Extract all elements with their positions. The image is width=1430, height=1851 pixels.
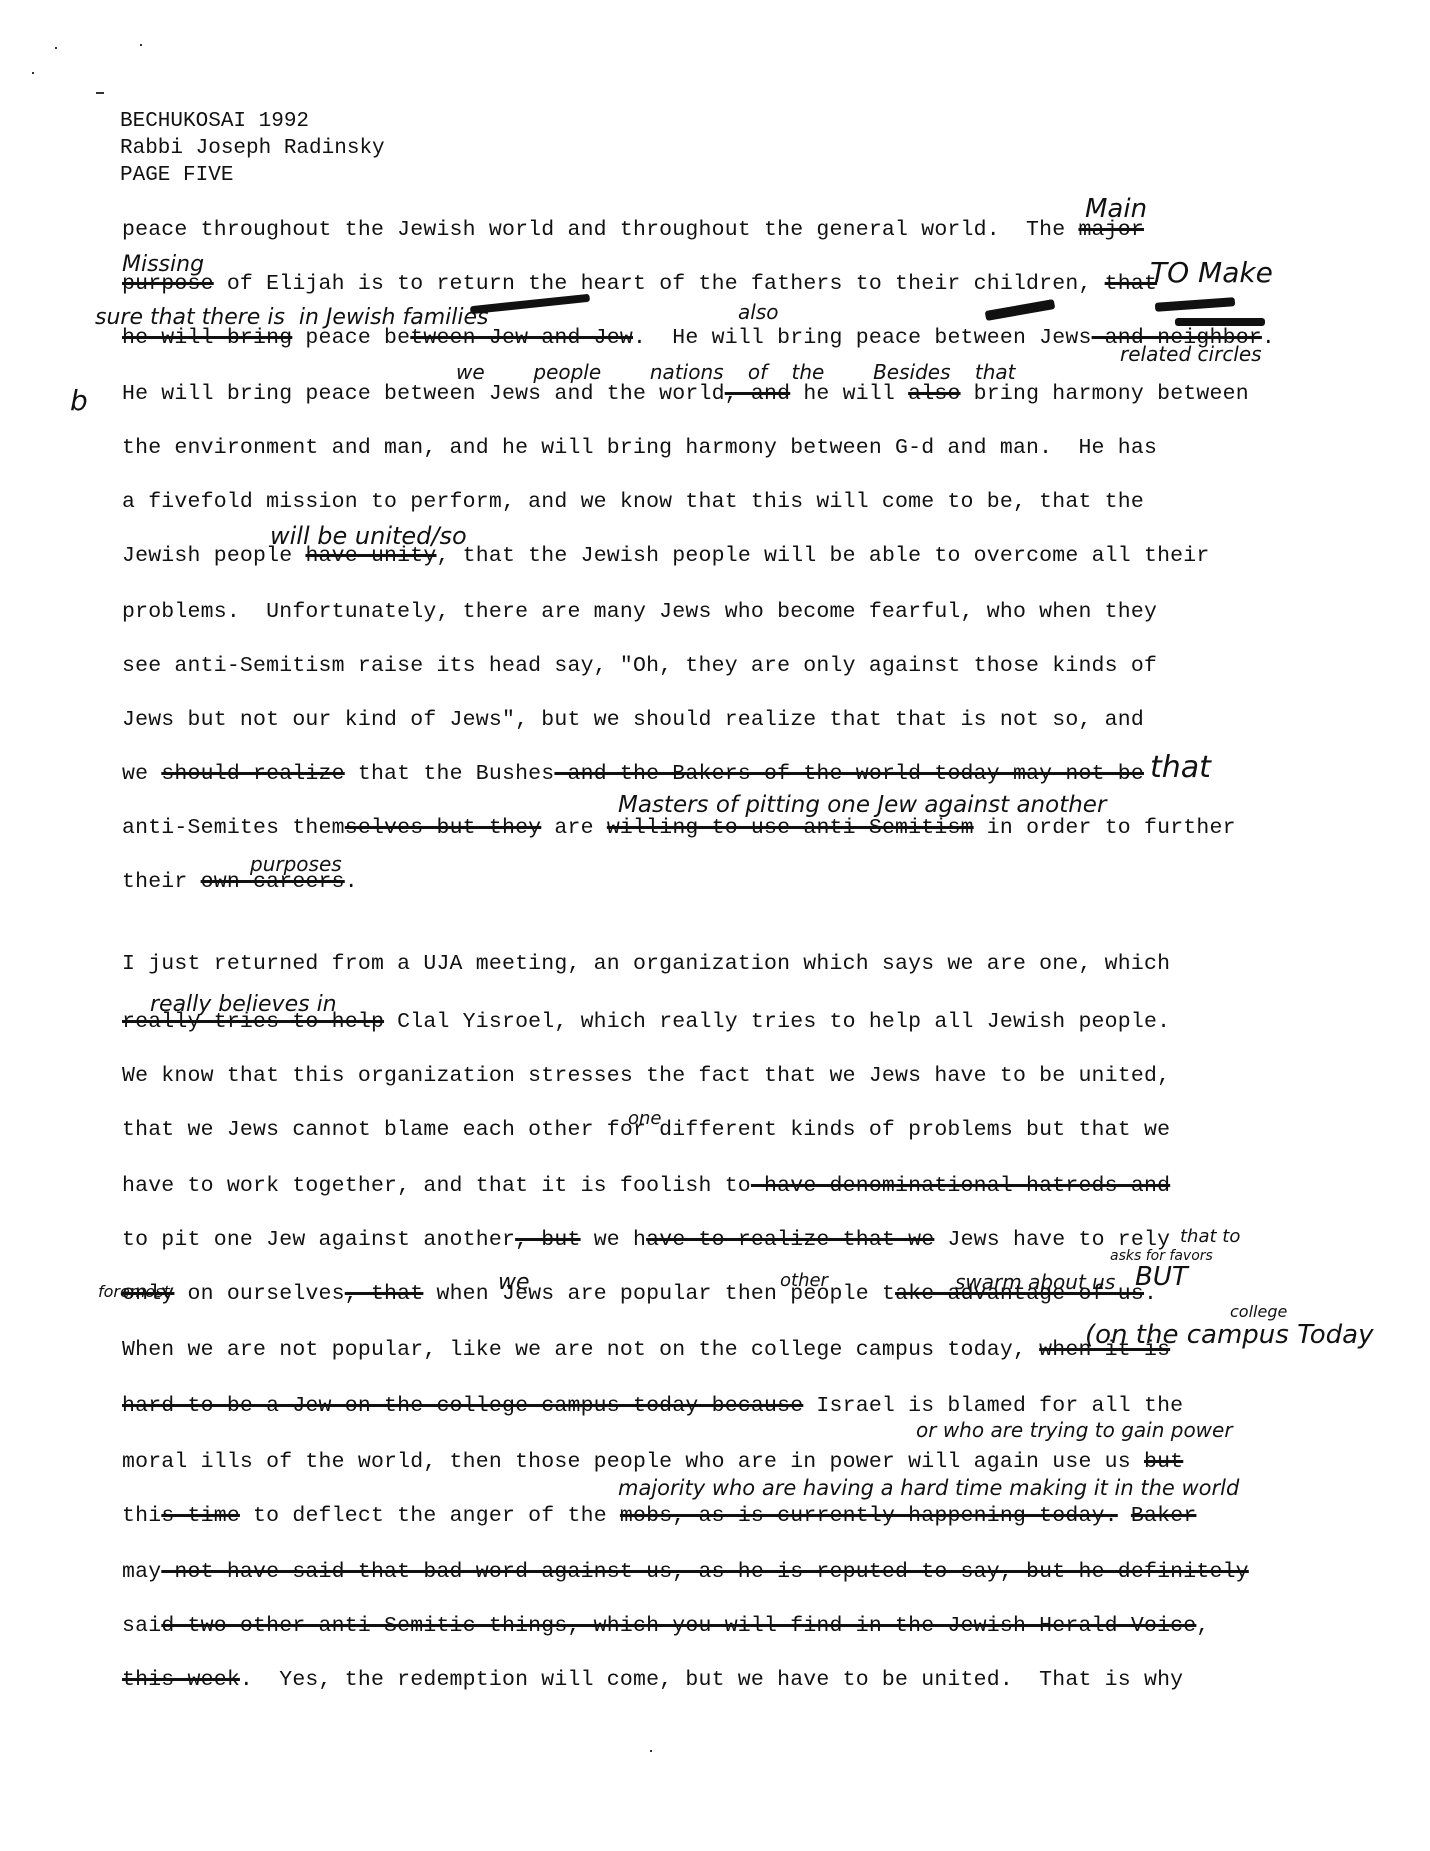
typed-line: peace throughout the Jewish world and th… [122, 218, 1144, 242]
typed-line: the environment and man, and he will bri… [122, 436, 1157, 460]
ink-scribble [1155, 297, 1235, 312]
line-text: He will bring peace between Jews and the… [122, 382, 725, 406]
annotation-or-who: or who are trying to gain power [916, 1418, 1233, 1442]
line-text: of Elijah is to return the heart of the … [214, 272, 1105, 296]
annotation-really-believes: really believes in [150, 992, 337, 1017]
line-text: . He will bring peace between Jews [633, 326, 1092, 350]
document-header: BECHUKOSAI 1992 Rabbi Joseph Radinsky PA… [120, 108, 385, 189]
line-text: he will [790, 382, 908, 406]
struck-text: , that [345, 1282, 424, 1306]
annotation-masters: Masters of pitting one Jew against anoth… [618, 792, 1106, 818]
annotation-will-be-united: will be united/so [270, 522, 467, 550]
line-text: . [345, 870, 358, 894]
line-text: , [1196, 1614, 1209, 1638]
line-text: I just returned from a UJA meeting, an o… [122, 952, 1170, 976]
line-text: Israel is blamed for all the [803, 1394, 1183, 1418]
typed-line: purpose of Elijah is to return the heart… [122, 272, 1157, 296]
ink-scribble [470, 294, 590, 314]
struck-text: have denominational hatreds and [751, 1174, 1170, 1198]
line-text: we [122, 762, 161, 786]
struck-text: but [1144, 1450, 1183, 1474]
line-text: see anti-Semitism raise its head say, "O… [122, 654, 1157, 678]
line-text: peace throughout the Jewish world and th… [122, 218, 1078, 242]
annotation-main: Main [1085, 194, 1147, 224]
line-text: problems. Unfortunately, there are many … [122, 600, 1157, 624]
line-text: to deflect the anger of the [240, 1504, 620, 1528]
annotation-foremost: foremost [98, 1282, 170, 1301]
typed-line: we should realize that the Bushes and th… [122, 762, 1144, 786]
line-text: . Yes, the redemption will come, but we … [240, 1668, 1183, 1692]
line-text: have to work together, and that it is fo… [122, 1174, 751, 1198]
typed-line: We know that this organization stresses … [122, 1064, 1170, 1088]
struck-text: ave to realize that we [646, 1228, 934, 1252]
line-text: to pit one Jew against another [122, 1228, 515, 1252]
typed-line: to pit one Jew against another, but we h… [122, 1228, 1170, 1252]
line-text: the environment and man, and he will bri… [122, 436, 1157, 460]
struck-text: should realize [161, 762, 344, 786]
annotation-college: college [1230, 1302, 1287, 1321]
annotation-margin-b: b [70, 384, 88, 417]
struck-text: this week [122, 1668, 240, 1692]
annotation-that: that [1150, 750, 1211, 785]
typed-line: problems. Unfortunately, there are many … [122, 600, 1157, 624]
annotation-one: one [628, 1108, 662, 1129]
typed-line: He will bring peace between Jews and the… [122, 382, 1249, 406]
line-text: on ourselves [174, 1282, 344, 1306]
ink-scribble [1175, 318, 1265, 326]
typed-line: this week. Yes, the redemption will come… [122, 1668, 1183, 1692]
scan-speck [650, 1750, 652, 1752]
line-text: moral ills of the world, then those peop… [122, 1450, 1144, 1474]
struck-text: also [908, 382, 960, 406]
annotation-other: other [780, 1270, 828, 1291]
typed-line: moral ills of the world, then those peop… [122, 1450, 1183, 1474]
document-author: Rabbi Joseph Radinsky [120, 135, 385, 162]
annotation-purposes: purposes [250, 852, 342, 876]
scan-speck [32, 72, 34, 74]
typed-line: a fivefold mission to perform, and we kn… [122, 490, 1144, 514]
line-text: their [122, 870, 201, 894]
line-text: anti-Semites them [122, 816, 345, 840]
line-text: sai [122, 1614, 161, 1638]
struck-text: hard to be a Jew on the college campus t… [122, 1394, 803, 1418]
struck-text: Baker [1131, 1504, 1197, 1528]
line-text: a fivefold mission to perform, and we kn… [122, 490, 1144, 514]
line-text: bring harmony between [961, 382, 1249, 406]
struck-text: d two other anti-Semitic things, which y… [161, 1614, 1196, 1638]
typed-line: see anti-Semitism raise its head say, "O… [122, 654, 1157, 678]
struck-text: mobs, as is currently happening today. [620, 1504, 1118, 1528]
page-label: PAGE FIVE [120, 162, 385, 189]
document-title: BECHUKOSAI 1992 [120, 108, 385, 135]
struck-text: , but [515, 1228, 581, 1252]
line-text: that the Bushes [345, 762, 555, 786]
scan-speck [55, 47, 57, 49]
ink-scribble [985, 299, 1056, 321]
annotation-also: also [738, 300, 778, 324]
typed-line: When we are not popular, like we are not… [122, 1338, 1170, 1362]
line-text [1118, 1504, 1131, 1528]
annotation-swarm: swarm about us [955, 1270, 1115, 1294]
typed-line: Jews but not our kind of Jews", but we s… [122, 708, 1144, 732]
line-text: may [122, 1560, 161, 1584]
annotation-on-campus: (on the campus Today [1085, 1320, 1373, 1350]
struck-text: willing to use anti-Semitism [607, 816, 974, 840]
line-text: are [541, 816, 607, 840]
annotation-missing: Missing [122, 252, 204, 277]
line-text: When we are not popular, like we are not… [122, 1338, 1039, 1362]
scan-speck [96, 92, 104, 94]
typed-line: this time to deflect the anger of the mo… [122, 1504, 1196, 1528]
struck-text: selves but they [345, 816, 542, 840]
annotation-majority: majority who are having a hard time maki… [618, 1476, 1239, 1500]
annotation-we-people: we people nations of the Besides that [456, 360, 1015, 384]
annotation-but: BUT [1135, 1262, 1188, 1292]
typed-line: have to work together, and that it is fo… [122, 1174, 1170, 1198]
line-text: , that the Jewish people will be able to… [436, 544, 1209, 568]
line-text: We know that this organization stresses … [122, 1064, 1170, 1088]
annotation-that-to: that to [1180, 1226, 1240, 1247]
line-text: we h [581, 1228, 647, 1252]
line-text: Jews but not our kind of Jews", but we s… [122, 708, 1144, 732]
typed-line: anti-Semites themselves but they are wil… [122, 816, 1236, 840]
struck-text: s time [161, 1504, 240, 1528]
line-text: Clal Yisroel, which really tries to help… [384, 1010, 1170, 1034]
annotation-we: we [498, 1270, 530, 1295]
struck-text: , and [725, 382, 791, 406]
typed-line: may not have said that bad word against … [122, 1560, 1249, 1584]
annotation-sure-that: sure that there is in Jewish families [95, 305, 488, 330]
document-page: BECHUKOSAI 1992 Rabbi Joseph Radinsky PA… [0, 0, 1430, 1851]
typed-line: I just returned from a UJA meeting, an o… [122, 952, 1170, 976]
line-text: . [1262, 326, 1275, 350]
annotation-related-circles: related circles [1120, 342, 1262, 366]
struck-text: not have said that bad word against us, … [161, 1560, 1248, 1584]
typed-line: said two other anti-Semitic things, whic… [122, 1614, 1210, 1638]
typed-line: hard to be a Jew on the college campus t… [122, 1394, 1183, 1418]
struck-text: and the Bakers of the world today may no… [554, 762, 1144, 786]
line-text: in order to further [974, 816, 1236, 840]
line-text: thi [122, 1504, 161, 1528]
annotation-to-make: TO Make [1150, 256, 1273, 289]
scan-speck [140, 44, 142, 46]
